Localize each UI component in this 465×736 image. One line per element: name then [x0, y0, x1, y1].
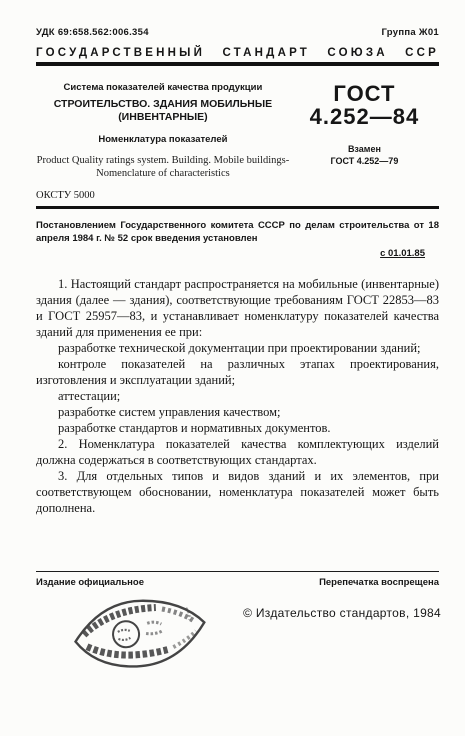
gost-number: 4.252—84 [290, 105, 439, 128]
title-right-column: ГОСТ 4.252—84 Взамен ГОСТ 4.252—79 [290, 82, 439, 206]
group-code: Группа Ж01 [381, 27, 439, 38]
replaces-number: ГОСТ 4.252—79 [290, 156, 439, 168]
okstu-code: ОКСТУ 5000 [36, 190, 290, 201]
body-paragraph-8: 3. Для отдельных типов и видов зданий и … [36, 468, 439, 516]
body-paragraph-3: контроле показателей на различных этапах… [36, 356, 439, 388]
standard-title-ru: СТРОИТЕЛЬСТВО. ЗДАНИЯ МОБИЛЬНЫЕ (ИНВЕНТА… [36, 98, 290, 124]
footer-rule [36, 571, 439, 572]
title-left-column: Система показателей качества продукции С… [36, 82, 290, 206]
official-edition-label: Издание официальное [36, 577, 144, 588]
body-paragraph-7: 2. Номенклатура показателей качества ком… [36, 436, 439, 468]
body-paragraph-1: 1. Настоящий стандарт распространяется н… [36, 276, 439, 340]
decree-paragraph: Постановлением Государственного комитета… [36, 219, 439, 246]
document-page: УДК 69:658.562:006.354 Группа Ж01 ГОСУДА… [0, 0, 465, 736]
standard-title-en: Product Quality ratings system. Building… [36, 154, 290, 180]
standard-subtitle-ru: Номенклатура показателей [36, 134, 290, 145]
top-reference-line: УДК 69:658.562:006.354 Группа Ж01 [36, 27, 439, 38]
quality-system-line: Система показателей качества продукции [36, 82, 290, 93]
replaces-label: Взамен [290, 144, 439, 156]
body-paragraph-5: разработке систем управления качеством; [36, 404, 439, 420]
body-paragraph-2: разработке технической документации при … [36, 340, 439, 356]
effective-date: с 01.01.85 [36, 248, 425, 259]
body-paragraph-6: разработке стандартов и нормативных доку… [36, 420, 439, 436]
title-bottom-rule [36, 206, 439, 209]
reprint-forbidden-label: Перепечатка воспрещена [319, 577, 439, 588]
library-ink-stamp-icon [70, 592, 210, 674]
body-paragraph-4: аттестации; [36, 388, 439, 404]
standard-body-text: 1. Настоящий стандарт распространяется н… [36, 276, 439, 516]
copyright-line: © Издательство стандартов, 1984 [243, 606, 441, 620]
gost-label: ГОСТ [290, 82, 439, 105]
title-block: Система показателей качества продукции С… [36, 82, 439, 206]
banner-rule [36, 62, 439, 66]
replaces-note: Взамен ГОСТ 4.252—79 [290, 144, 439, 167]
state-standard-banner: ГОСУДАРСТВЕННЫЙ СТАНДАРТ СОЮЗА ССР [36, 47, 439, 59]
udc-code: УДК 69:658.562:006.354 [36, 27, 149, 38]
footer-row: Издание официальное Перепечатка воспреще… [36, 577, 439, 588]
